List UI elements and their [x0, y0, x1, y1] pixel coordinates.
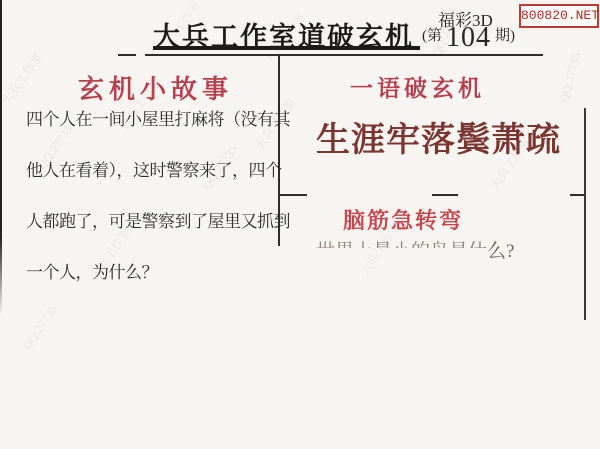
right-border-tick	[570, 194, 584, 196]
title-underline	[153, 46, 420, 50]
watermark-text: QQ:27735	[20, 302, 61, 352]
teaser-question-tail: 么?	[487, 241, 514, 262]
phrase-section-heading: 一语破玄机	[350, 70, 485, 103]
story-line: 人都跑了，可是警察到了屋里又抓到	[26, 202, 278, 253]
story-text: 四个人在一间小屋里打麻将（没有其 他人在看着），这时警察来了，四个 人都跑了，可…	[26, 100, 278, 304]
story-line: 他人在看着），这时警察来了，四个	[26, 151, 278, 202]
right-border-line	[584, 108, 586, 320]
teaser-question-faded: 世界上最小的岛是什	[316, 236, 487, 248]
header-rule	[145, 54, 543, 56]
story-line: 四个人在一间小屋里打麻将（没有其	[26, 100, 278, 151]
mystery-phrase: 生涯牢落鬓萧疏	[316, 112, 561, 161]
section-rule-segment	[280, 194, 307, 196]
teaser-question: 世界上最小的岛是什么?	[316, 236, 514, 263]
website-badge: 800820.NET	[519, 4, 599, 28]
issue-value: 104	[442, 22, 495, 53]
teaser-section-heading: 脑筋急转弯	[343, 204, 463, 235]
issue-prefix: (第	[422, 28, 442, 44]
story-line: 一个人，为什么？	[26, 253, 278, 304]
watermark-text: QQ:27735	[557, 51, 585, 104]
lottery-tip-sheet: 大兵工作室 QQ:27735 大兵工作室 QQ:27735 大兵工作室 大兵工作…	[0, 0, 600, 449]
header-rule-dash	[118, 54, 136, 56]
issue-suffix: 期)	[495, 28, 515, 44]
issue-number: (第104期)	[422, 22, 515, 54]
section-rule-segment	[432, 194, 458, 196]
left-border-line	[0, 0, 2, 315]
